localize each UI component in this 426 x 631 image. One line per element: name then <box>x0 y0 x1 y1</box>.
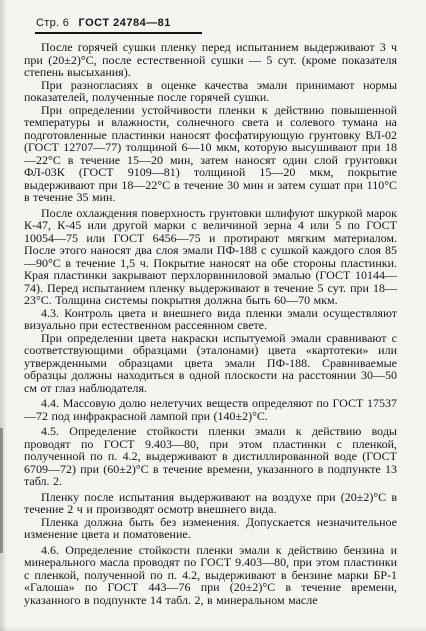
document-page: Стр. 6 ГОСТ 24784—81 После горячей сушки… <box>0 0 426 631</box>
paragraph: При разногласиях в оценке качества эмали… <box>24 79 397 104</box>
paragraph: При определении устойчивости пленки к де… <box>24 104 397 204</box>
paragraph: Пленку после испытания выдерживают на во… <box>24 491 397 516</box>
scan-left-shadow <box>0 0 7 631</box>
document-body: После горячей сушки пленку перед испытан… <box>24 41 397 606</box>
page-number-label: Стр. 6 <box>36 17 69 29</box>
paragraph: После горячей сушки пленку перед испытан… <box>24 41 397 79</box>
page-header: Стр. 6 ГОСТ 24784—81 <box>35 17 202 34</box>
paragraph: При определении цвета накраски испытуемо… <box>24 332 397 395</box>
paragraph-section-4-3: 4.3. Контроль цвета и внешнего вида плен… <box>24 307 397 332</box>
paragraph-section-4-5: 4.5. Определение стойкости пленки эмали … <box>24 425 397 488</box>
paragraph-section-4-4: 4.4. Массовую долю нелетучих веществ опр… <box>24 397 397 422</box>
scan-edge-artifact <box>0 428 3 553</box>
paragraph: После охлаждения поверхность грунтовки ш… <box>24 207 397 307</box>
standard-number: ГОСТ 24784—81 <box>79 17 171 29</box>
paragraph: Пленка должна быть без изменения. Допуск… <box>24 516 397 541</box>
paragraph-section-4-6: 4.6. Определение стойкости пленки эмали … <box>24 544 397 607</box>
scan-bottom-shadow <box>0 626 426 631</box>
